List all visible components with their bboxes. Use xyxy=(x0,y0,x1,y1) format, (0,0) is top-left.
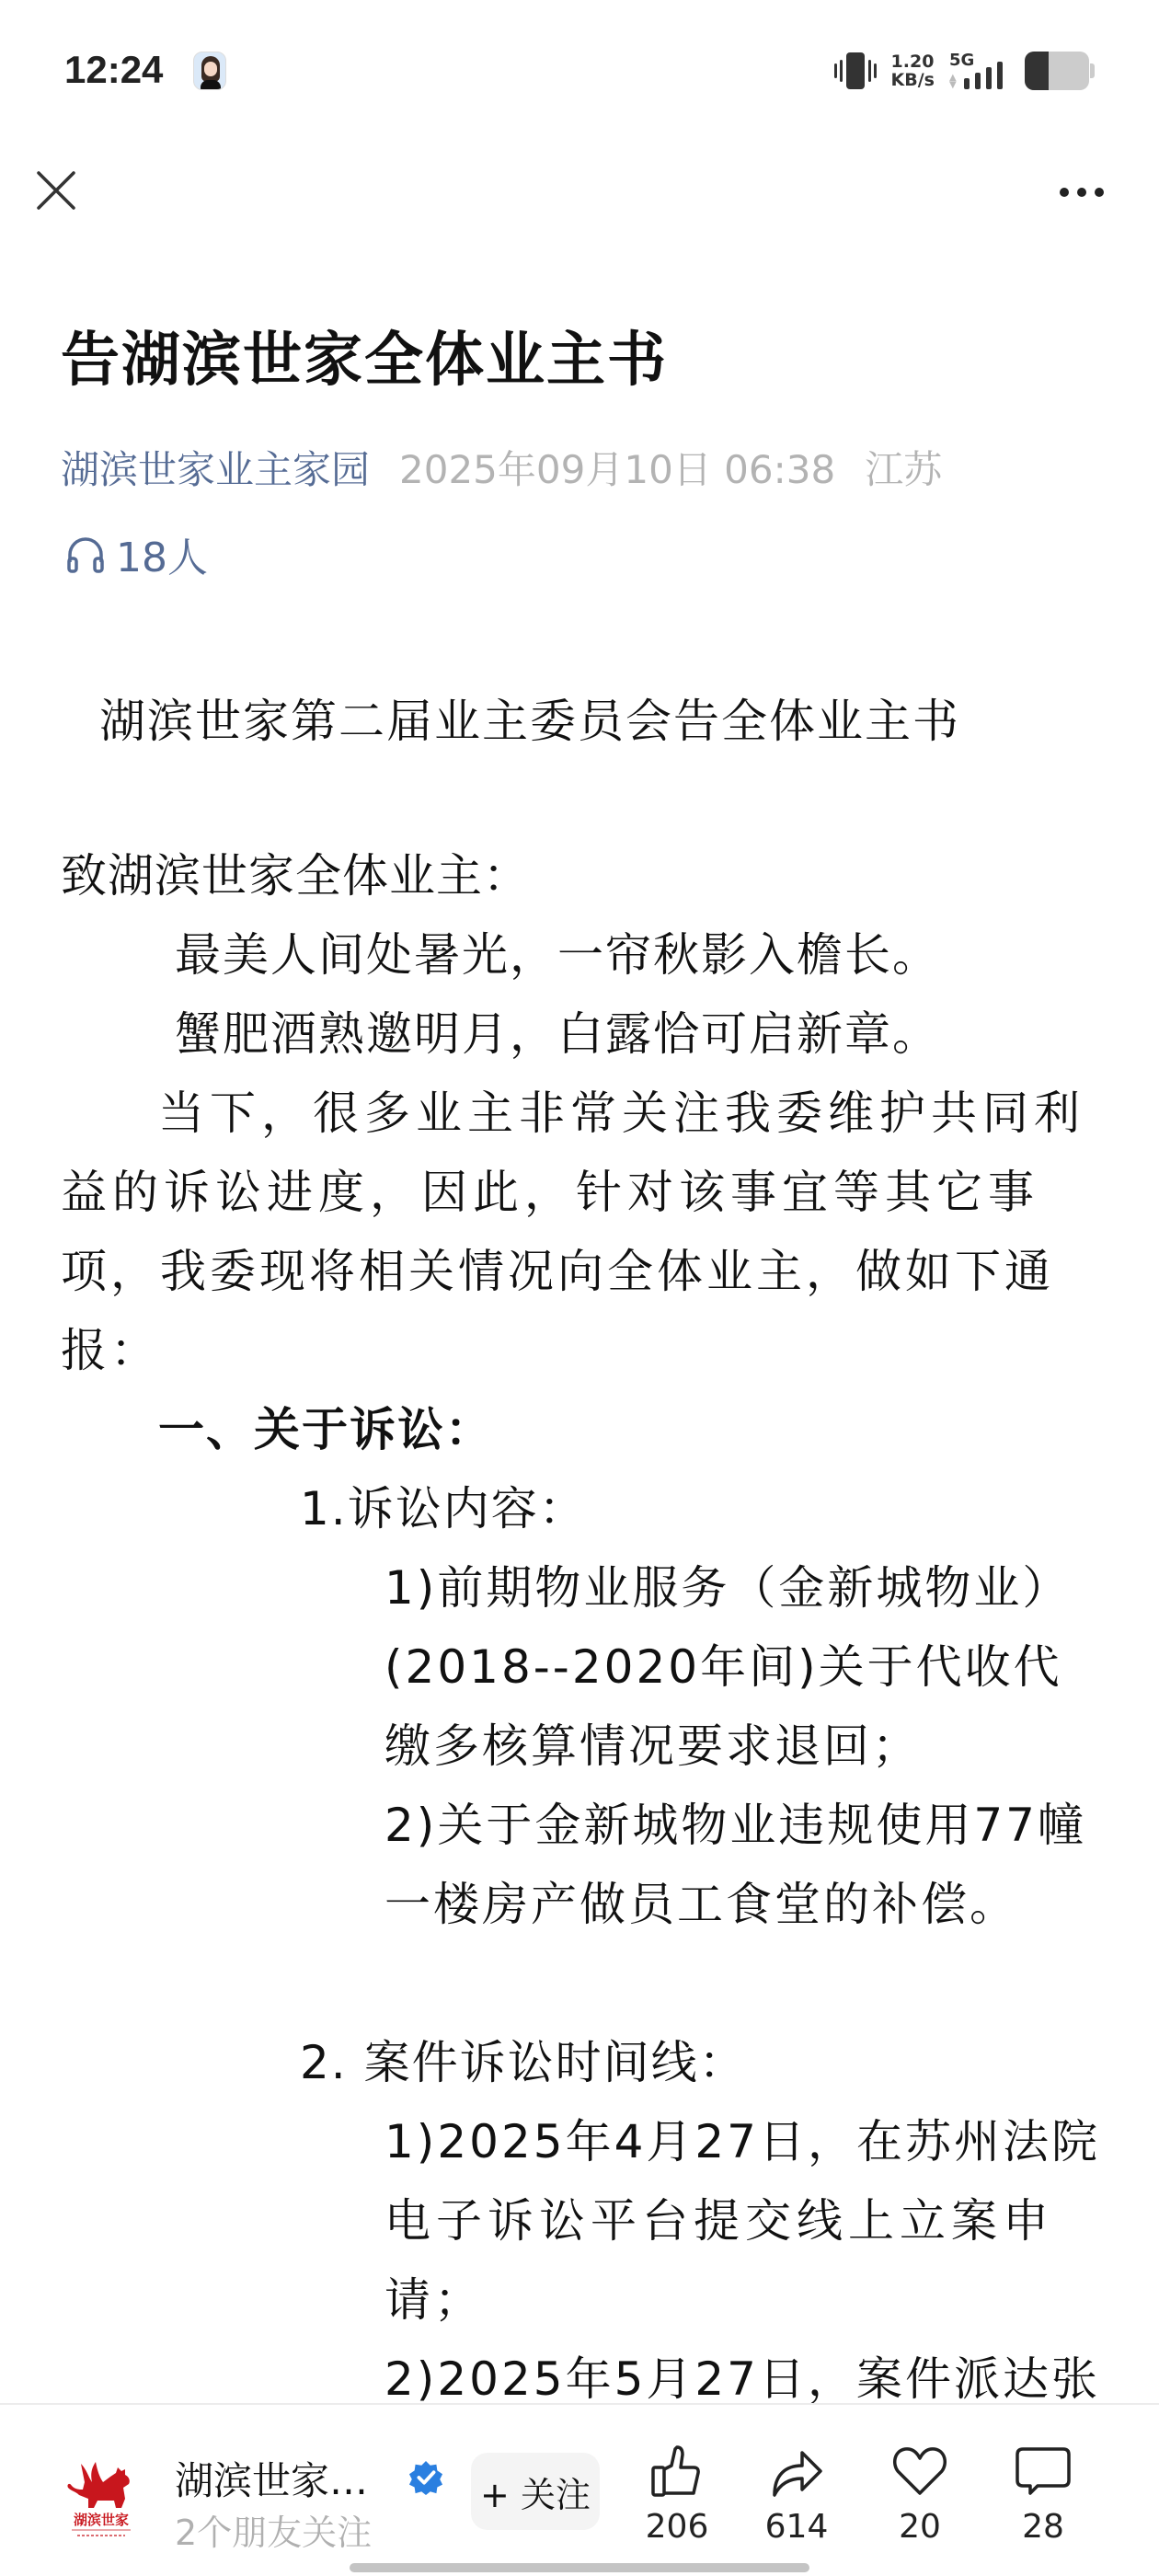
more-options-button[interactable] xyxy=(1060,180,1119,204)
paragraph-line: 报： xyxy=(61,1314,160,1380)
verified-badge-icon xyxy=(408,2460,443,2495)
follow-button[interactable]: + 关注 xyxy=(471,2453,600,2530)
signal-icon: 5G ▲▼ xyxy=(947,51,1012,91)
share-button[interactable]: 614 xyxy=(751,2442,843,2546)
like-count: 206 xyxy=(646,2508,709,2546)
list-item: 1)2025年4月27日，在苏州法院 xyxy=(384,2105,1100,2171)
svg-text:湖滨世家: 湖滨世家 xyxy=(74,2512,129,2528)
paragraph-line: 项，我委现将相关情况向全体业主，做如下通 xyxy=(61,1235,1054,1301)
listener-count: 18人 xyxy=(116,524,208,583)
list-item: 电子诉讼平台提交线上立案申 xyxy=(384,2184,1054,2250)
paragraph-line: 益的诉讼进度，因此，针对该事宜等其它事 xyxy=(61,1156,1039,1222)
author-link[interactable]: 湖滨世家业主家园 xyxy=(61,440,370,495)
favorite-count: 20 xyxy=(899,2508,941,2546)
account-name[interactable]: 湖滨世家… xyxy=(175,2451,368,2506)
list-item: 一楼房产做员工食堂的补偿。 xyxy=(384,1868,1018,1934)
subsection-heading: 2. 案件诉讼时间线： xyxy=(300,2026,747,2092)
more-icon-dot xyxy=(1077,188,1086,197)
status-bar: 12:24 1.20 KB/s 5G ▲▼ xyxy=(0,0,1159,138)
poem-line: 蟹肥酒熟邀明月，白露恰可启新章。 xyxy=(175,997,940,1064)
location: 江苏 xyxy=(865,440,942,495)
list-item: 2)关于金新城物业违规使用77幢 xyxy=(384,1788,1086,1855)
share-count: 614 xyxy=(765,2508,829,2546)
list-item: 2)2025年5月27日，案件派达张 xyxy=(384,2342,1100,2409)
net-speed-value: 1.20 xyxy=(891,52,935,71)
list-item: 1)前期物业服务（金新城物业） xyxy=(384,1551,1071,1617)
battery-icon xyxy=(1025,52,1095,90)
clock: 12:24 xyxy=(64,48,163,92)
comment-bubble-icon xyxy=(1014,2442,1073,2501)
favorite-button[interactable]: 20 xyxy=(874,2442,966,2546)
bottom-action-bar: 湖滨世家 湖滨世家… 2个朋友关注 + 关注 206 614 20 28 xyxy=(0,2405,1159,2576)
list-item: 请； xyxy=(384,2263,484,2329)
list-item: (2018--2020年间)关于代收代 xyxy=(384,1630,1062,1696)
close-button[interactable] xyxy=(35,169,79,213)
net-speed-unit: KB/s xyxy=(891,71,935,89)
notification-avatar-icon xyxy=(193,52,226,90)
article-title: 告湖滨世家全体业主书 xyxy=(61,313,668,397)
net-speed: 1.20 KB/s xyxy=(891,52,935,89)
subsection-heading: 1.诉讼内容： xyxy=(300,1472,587,1538)
article-meta: 湖滨世家业主家园 2025年09月10日 06:38 江苏 xyxy=(61,440,942,495)
salutation: 致湖滨世家全体业主： xyxy=(61,839,530,905)
more-icon-dot xyxy=(1095,188,1104,197)
poem-line: 最美人间处暑光，一帘秋影入檐长。 xyxy=(175,918,940,984)
list-item: 缴多核算情况要求退回； xyxy=(384,1709,921,1776)
comment-button[interactable]: 28 xyxy=(997,2442,1089,2546)
comment-count: 28 xyxy=(1022,2508,1064,2546)
heart-icon xyxy=(890,2442,949,2501)
network-type: 5G xyxy=(949,51,974,70)
body-heading: 湖滨世家第二届业主委员会告全体业主书 xyxy=(99,684,960,751)
friends-following: 2个朋友关注 xyxy=(175,2504,372,2555)
thumbs-up-icon xyxy=(648,2442,706,2501)
publish-date: 2025年09月10日 06:38 xyxy=(399,440,835,495)
section-heading: 一、关于诉讼： xyxy=(158,1393,493,1459)
account-logo[interactable]: 湖滨世家 xyxy=(55,2449,147,2541)
share-arrow-icon xyxy=(767,2442,826,2501)
vibrate-icon xyxy=(832,51,878,91)
status-icons: 1.20 KB/s 5G ▲▼ xyxy=(832,50,1095,92)
paragraph-line: 当下，很多业主非常关注我委维护共同利 xyxy=(158,1076,1085,1143)
more-icon-dot xyxy=(1060,188,1069,197)
headphones-icon xyxy=(64,533,107,575)
listen-button[interactable]: 18人 xyxy=(64,524,208,583)
like-button[interactable]: 206 xyxy=(631,2442,723,2546)
close-icon xyxy=(35,169,79,213)
lion-logo-icon: 湖滨世家 xyxy=(55,2449,147,2541)
home-indicator[interactable] xyxy=(350,2563,809,2572)
